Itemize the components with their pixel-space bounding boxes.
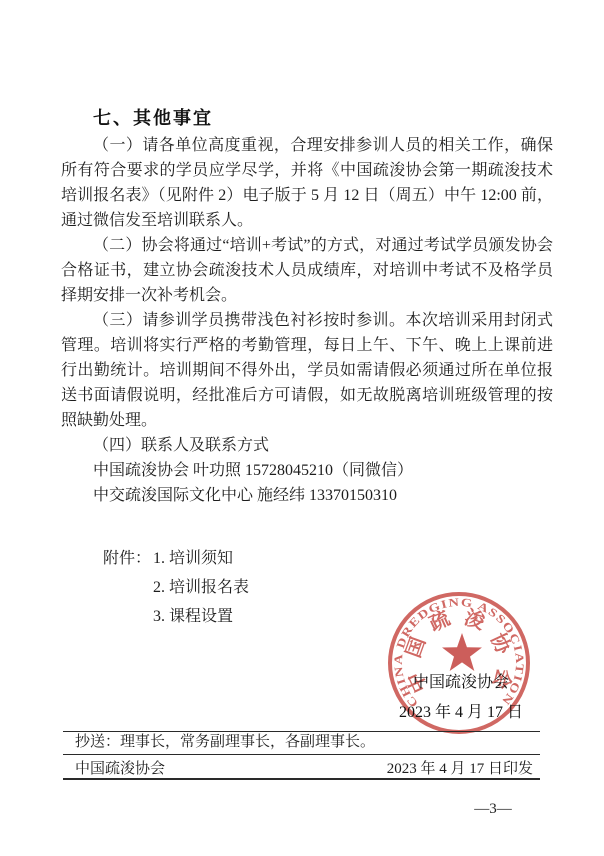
attachments-list: 1. 培训须知 2. 培训报名表 3. 课程设置 bbox=[153, 544, 249, 631]
attachment-item-2: 2. 培训报名表 bbox=[153, 573, 249, 602]
footer-issue-date: 2023 年 4 月 17 日印发 bbox=[387, 757, 533, 778]
paragraph-4-contacts-heading: （四）联系人及联系方式 bbox=[61, 433, 553, 458]
star-icon bbox=[442, 633, 482, 671]
attachment-item-3: 3. 课程设置 bbox=[153, 602, 249, 631]
footer-issuer: 中国疏浚协会 bbox=[75, 757, 165, 778]
page-number: —3— bbox=[458, 801, 528, 818]
signature-org: 中国疏浚协会 bbox=[381, 668, 541, 698]
section-heading: 七、其他事宜 bbox=[61, 103, 553, 133]
footer-issue-row: 中国疏浚协会 2023 年 4 月 17 日印发 bbox=[63, 757, 540, 777]
footer-cc-line: 抄送：理事长，常务副理事长，各副理事长。 bbox=[75, 733, 545, 751]
paragraph-2: （二）协会将通过“培训+考试”的方式，对通过考试学员颁发协会合格证书，建立协会疏… bbox=[61, 233, 553, 308]
document-page: 七、其他事宜 （一）请各单位高度重视，合理安排参训人员的相关工作，确保所有符合要… bbox=[0, 0, 604, 856]
paragraph-1: （一）请各单位高度重视，合理安排参训人员的相关工作，确保所有符合要求的学员应学尽… bbox=[61, 133, 553, 233]
signature-date: 2023 年 4 月 17 日 bbox=[381, 698, 541, 728]
contact-line-culture-center: 中交疏浚国际文化中心 施经纬 13370150310 bbox=[61, 483, 553, 508]
contact-line-association: 中国疏浚协会 叶功照 15728045210（同微信） bbox=[61, 458, 553, 483]
document-body: 七、其他事宜 （一）请各单位高度重视，合理安排参训人员的相关工作，确保所有符合要… bbox=[61, 103, 553, 631]
footer-rule-top bbox=[63, 731, 540, 732]
signature-block: 中国疏浚协会 2023 年 4 月 17 日 bbox=[381, 668, 541, 728]
footer-rule-bottom bbox=[63, 778, 540, 780]
attachment-item-1: 1. 培训须知 bbox=[153, 544, 249, 573]
footer-rule-middle bbox=[63, 754, 540, 755]
attachments-label: 附件： bbox=[103, 544, 151, 631]
seal-char-xie: 协 bbox=[486, 629, 517, 658]
paragraph-3: （三）请参训学员携带浅色衬衫按时参训。本次培训采用封闭式管理。培训将实行严格的考… bbox=[61, 308, 553, 433]
